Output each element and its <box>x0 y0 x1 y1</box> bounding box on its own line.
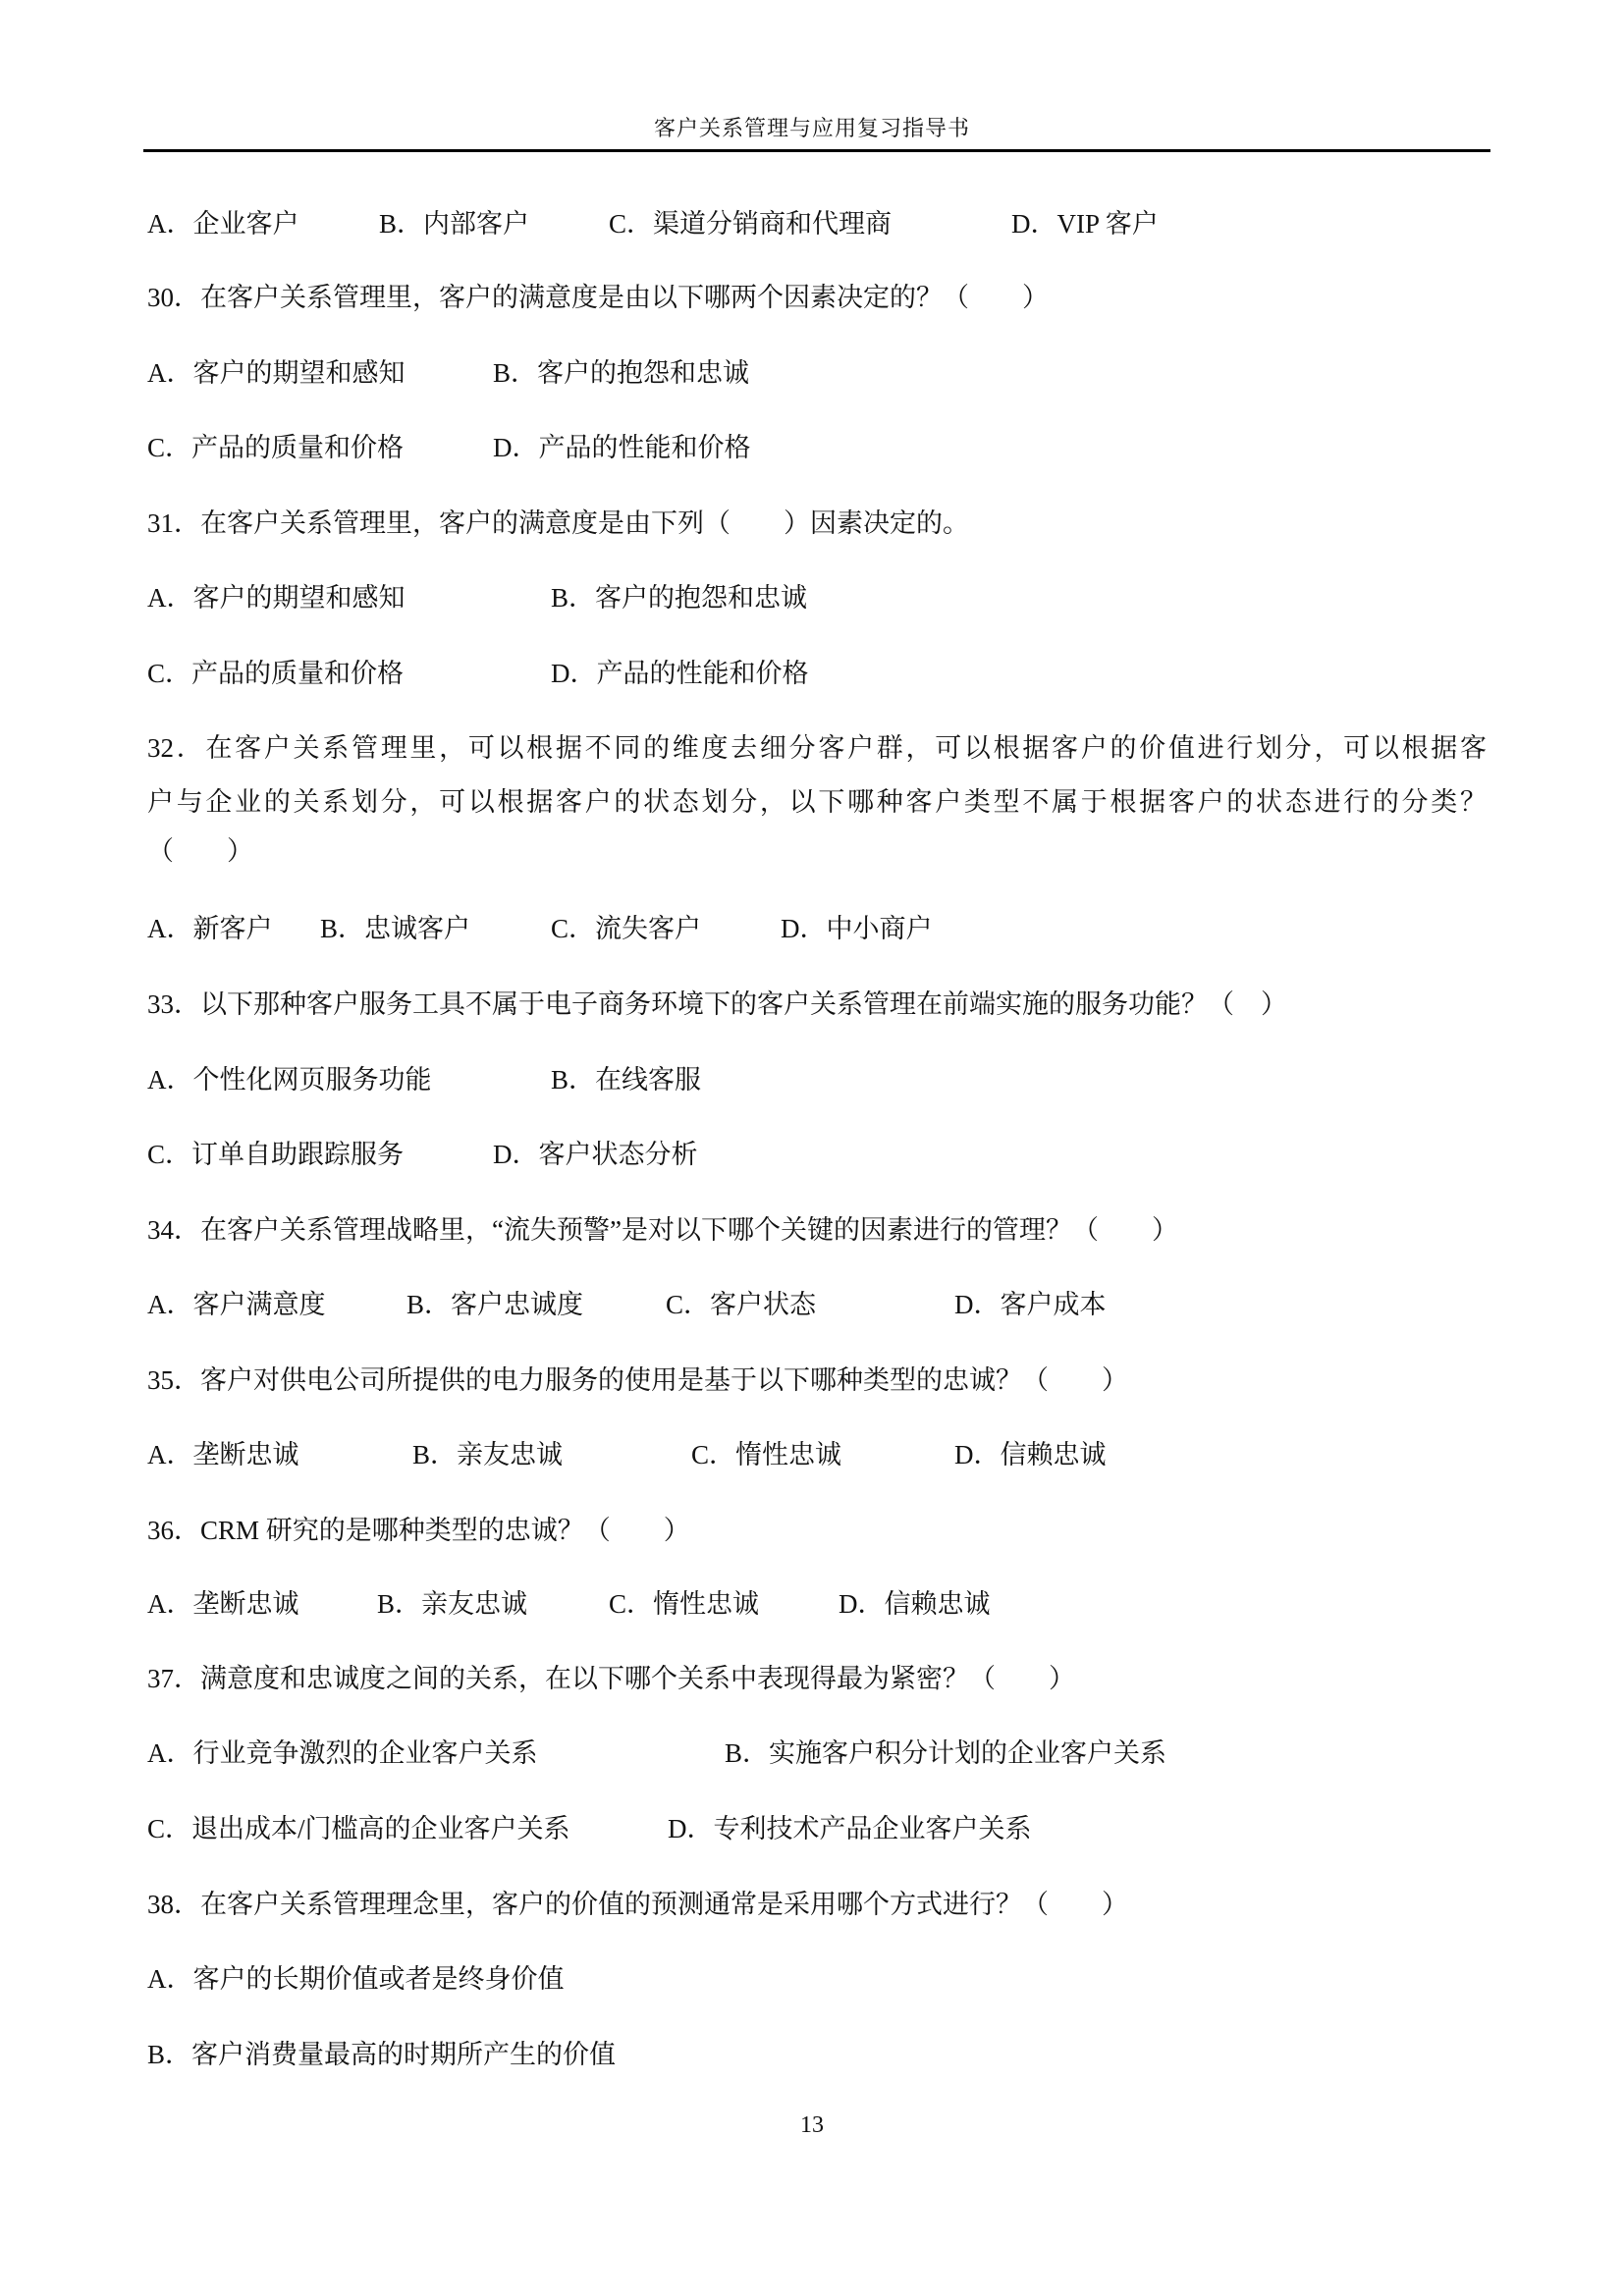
option-d: D．信赖忠诚 <box>954 1438 1107 1471</box>
option-b: B．内部客户 <box>379 207 529 240</box>
option-b: B．实施客户积分计划的企业客户关系 <box>725 1736 1166 1770</box>
option-a: A．企业客户 <box>147 207 299 240</box>
option-a: A．客户的期望和感知 <box>147 356 406 390</box>
question-stem: 31．在客户关系管理里，客户的满意度是由下列（ ）因素决定的。 <box>147 507 969 540</box>
option-d: D．专利技术产品企业客户关系 <box>668 1812 1032 1845</box>
option-c: C．退出成本/门槛高的企业客户关系 <box>147 1812 570 1845</box>
option-c: C．流失客户 <box>551 912 701 945</box>
option-b: B．亲友忠诚 <box>412 1438 563 1471</box>
option-b: B．亲友忠诚 <box>377 1587 527 1621</box>
option-d: D．信赖忠诚 <box>839 1587 991 1621</box>
question-stem-line-3: （ ） <box>147 834 253 868</box>
option-d: D．VIP 客户 <box>1011 207 1159 240</box>
question-stem: 38．在客户关系管理理念里，客户的价值的预测通常是采用哪个方式进行？（ ） <box>147 1888 1128 1921</box>
option-b: B．客户忠诚度 <box>406 1288 583 1321</box>
page-header: 客户关系管理与应用复习指导书 <box>0 114 1624 143</box>
option-c: C．产品的质量和价格 <box>147 657 404 690</box>
option-b: B．忠诚客户 <box>320 912 470 945</box>
option-d: D．客户状态分析 <box>493 1138 698 1171</box>
option-d: D．产品的性能和价格 <box>493 431 751 464</box>
page-number: 13 <box>0 2109 1624 2141</box>
header-rule <box>143 149 1490 152</box>
question-stem: 35．客户对供电公司所提供的电力服务的使用是基于以下哪种类型的忠诚？（ ） <box>147 1363 1128 1397</box>
option-a: A．个性化网页服务功能 <box>147 1063 432 1096</box>
option-a: A．客户的长期价值或者是终身价值 <box>147 1962 565 1996</box>
option-a: A．垄断忠诚 <box>147 1438 299 1471</box>
option-c: C．客户状态 <box>666 1288 816 1321</box>
option-a: A．垄断忠诚 <box>147 1587 299 1621</box>
option-b: B．客户消费量最高的时期所产生的价值 <box>147 2038 616 2071</box>
option-a: A．行业竞争激烈的企业客户关系 <box>147 1736 538 1770</box>
question-stem: 30．在客户关系管理里，客户的满意度是由以下哪两个因素决定的？（ ） <box>147 281 1049 314</box>
option-a: A．客户的期望和感知 <box>147 581 406 614</box>
option-b: B．客户的抱怨和忠诚 <box>493 356 749 390</box>
question-stem-line-1: 32．在客户关系管理里，可以根据不同的维度去细分客户群，可以根据客户的价值进行划… <box>147 731 1487 765</box>
option-b: B．在线客服 <box>551 1063 701 1096</box>
option-c: C．渠道分销商和代理商 <box>609 207 892 240</box>
option-c: C．惰性忠诚 <box>609 1587 759 1621</box>
option-c: C．产品的质量和价格 <box>147 431 404 464</box>
option-a: A．新客户 <box>147 912 273 945</box>
option-d: D．中小商户 <box>781 912 933 945</box>
question-stem: 37．满意度和忠诚度之间的关系，在以下哪个关系中表现得最为紧密？（ ） <box>147 1662 1075 1695</box>
option-c: C．订单自助跟踪服务 <box>147 1138 404 1171</box>
question-stem: 34．在客户关系管理战略里，“流失预警”是对以下哪个关键的因素进行的管理？（ ） <box>147 1213 1178 1247</box>
question-stem-line-2: 户与企业的关系划分，可以根据客户的状态划分，以下哪种客户类型不属于根据客户的状态… <box>147 785 1487 819</box>
option-d: D．客户成本 <box>954 1288 1107 1321</box>
option-d: D．产品的性能和价格 <box>551 657 809 690</box>
option-c: C．惰性忠诚 <box>691 1438 841 1471</box>
option-b: B．客户的抱怨和忠诚 <box>551 581 807 614</box>
question-stem: 36．CRM 研究的是哪种类型的忠诚？（ ） <box>147 1514 690 1547</box>
option-a: A．客户满意度 <box>147 1288 326 1321</box>
question-stem: 33．以下那种客户服务工具不属于电子商务环境下的客户关系管理在前端实施的服务功能… <box>147 988 1287 1021</box>
